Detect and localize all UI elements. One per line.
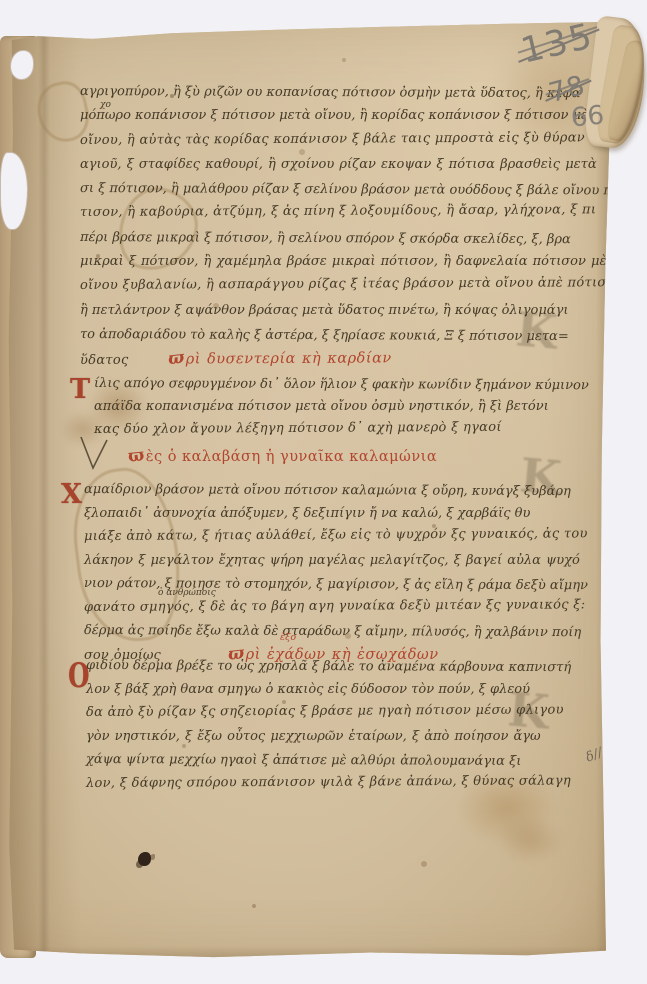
- torn-hole: [10, 50, 34, 80]
- text-line: μιάξε ἀπὸ κάτω, ξ ήτιας αὐλάθεί, ἔξω εἰς…: [84, 522, 584, 548]
- folio-number-current: 66: [570, 100, 606, 133]
- text-line: δα ἀπὸ ξὺ ρίζαν ξς σηζειορίας ξ βράσε με…: [86, 698, 586, 724]
- paragraph: ίλις απόγο σεφρυγμένον δι᾽ ὅλον ἥλιον ξ …: [94, 372, 584, 441]
- text-line: αγιοῦ, ξ σταφίδες καθουρί, ἢ σχοίνου ρίζ…: [80, 153, 580, 177]
- text-line: αγριγοπύρον, ἢ ξὺ ριζῶν ου κοπανίσας πότ…: [80, 80, 580, 106]
- manuscript-page: K K K αγριγοπύρον, ἢ ξὺ ριζῶν ου κοπανίσ…: [8, 22, 612, 960]
- text-line: κας δύο χλον ἄγουν λέξηγη πότισον δ᾽ αχὴ…: [94, 415, 584, 441]
- corner-curl: [586, 16, 647, 156]
- check-mark: [78, 434, 110, 472]
- page-right-edge-shading: [596, 22, 612, 960]
- interlinear-note: χο: [100, 100, 111, 110]
- text-line: γὸν νηστικόν, ξ ἔξω οὖτος μεχχιωρῶν ἑταί…: [86, 725, 586, 749]
- scanner-background: K K K αγριγοπύρον, ἢ ξὺ ριζῶν ου κοπανίσ…: [0, 0, 647, 984]
- ink-blot: [138, 852, 151, 866]
- peri-abbreviation-mark: ϖ: [127, 445, 146, 467]
- text-line: λάκηον ξ μεγάλτον ἔχητας ψήρη μαγέλας με…: [84, 549, 584, 573]
- text-line: λον, ξ δάφνης σπόρου κοπάνισον ψιλὰ ξ βά…: [86, 769, 586, 795]
- paragraph: φιδίου δέρμα βρέξε το ὡς χρησλᾶ ξ βάλε τ…: [86, 654, 586, 795]
- text-line: ίλις απόγο σεφρυγμένον δι᾽ ὅλον ἥλιον ξ …: [94, 372, 584, 397]
- rubric-heading-2: ϖὲς ὁ καλαβάση ἡ γυναῖκα καλαμώνια: [128, 446, 437, 466]
- interlinear-note: ὁ ἀνθρώποις: [158, 588, 216, 598]
- text-line: ξλοπαιδι᾽ ἀσυνοχία ἀπόξυμεν, ξ δεξιπίγιν…: [84, 502, 584, 526]
- text-line: τισον, ἢ καβούρια, ἀτζύμη, ξ ἀς πίνη ξ λ…: [80, 199, 580, 226]
- text-line: δέρμα ἀς ποίηδε ἔξω καλὰ δὲ σταράδων ξ α…: [84, 619, 584, 645]
- text-line: μικραὶ ξ πότισον, ἢ χαμέμηλα βράσε μικρα…: [80, 250, 580, 274]
- stain: [498, 818, 562, 862]
- text-line: αμαίδριον βράσον μετὰ οἴνου πότισον καλα…: [84, 478, 584, 504]
- text-line: λον ξ βάξ χρὴ θανα σμηγω ὁ κακιὸς εἰς δύ…: [86, 678, 586, 702]
- binding-crease: [38, 22, 50, 960]
- text-line: πέρι βράσε μικραὶ ξ πότισον, ἢ σελίνου σ…: [80, 226, 580, 252]
- text-line: φιδίου δέρμα βρέξε το ὡς χρησλᾶ ξ βάλε τ…: [86, 654, 586, 680]
- text-line: απάϊδα κοπανισμένα πότισον μετὰ οἴνου ὀσ…: [94, 395, 584, 418]
- text-line: οἴνου ξυβαλανίω, ἢ ασπαράγγου ρίζας ξ ἰτ…: [80, 272, 580, 299]
- paragraph: αμαίδριον βράσον μετὰ οἴνου πότισον καλα…: [84, 478, 584, 666]
- text-line: ὕδατος ϖρὶ δυσεντερία κὴ καρδίαν: [80, 345, 580, 372]
- peri-abbreviation-mark: ϖ: [167, 346, 186, 372]
- page-bottom-edge-shading: [8, 946, 612, 960]
- text-line: μόπωρο κοπάνισον ξ πότισον μετὰ οἴνου, ἢ…: [80, 104, 580, 128]
- paragraph-initial: Χ: [61, 479, 82, 510]
- rubric-superscript-correction: ἐξο: [280, 632, 296, 643]
- text-line: ἢ πετλάντρον ξ αψάνθον βράσας μετὰ ὕδατο…: [80, 299, 580, 323]
- paragraph-initial: Τ: [70, 374, 90, 405]
- text-line: οἴνου, ἢ αὐτὰς τὰς κορίδας κοπάνισον ξ β…: [80, 126, 580, 153]
- paragraph-tail-word: ὕδατος: [80, 353, 129, 368]
- paragraph: αγριγοπύρον, ἢ ξὺ ριζῶν ου κοπανίσας πότ…: [80, 80, 580, 372]
- rubric-heading-1: ϖρὶ δυσεντερία κὴ καρδίαν: [168, 351, 392, 368]
